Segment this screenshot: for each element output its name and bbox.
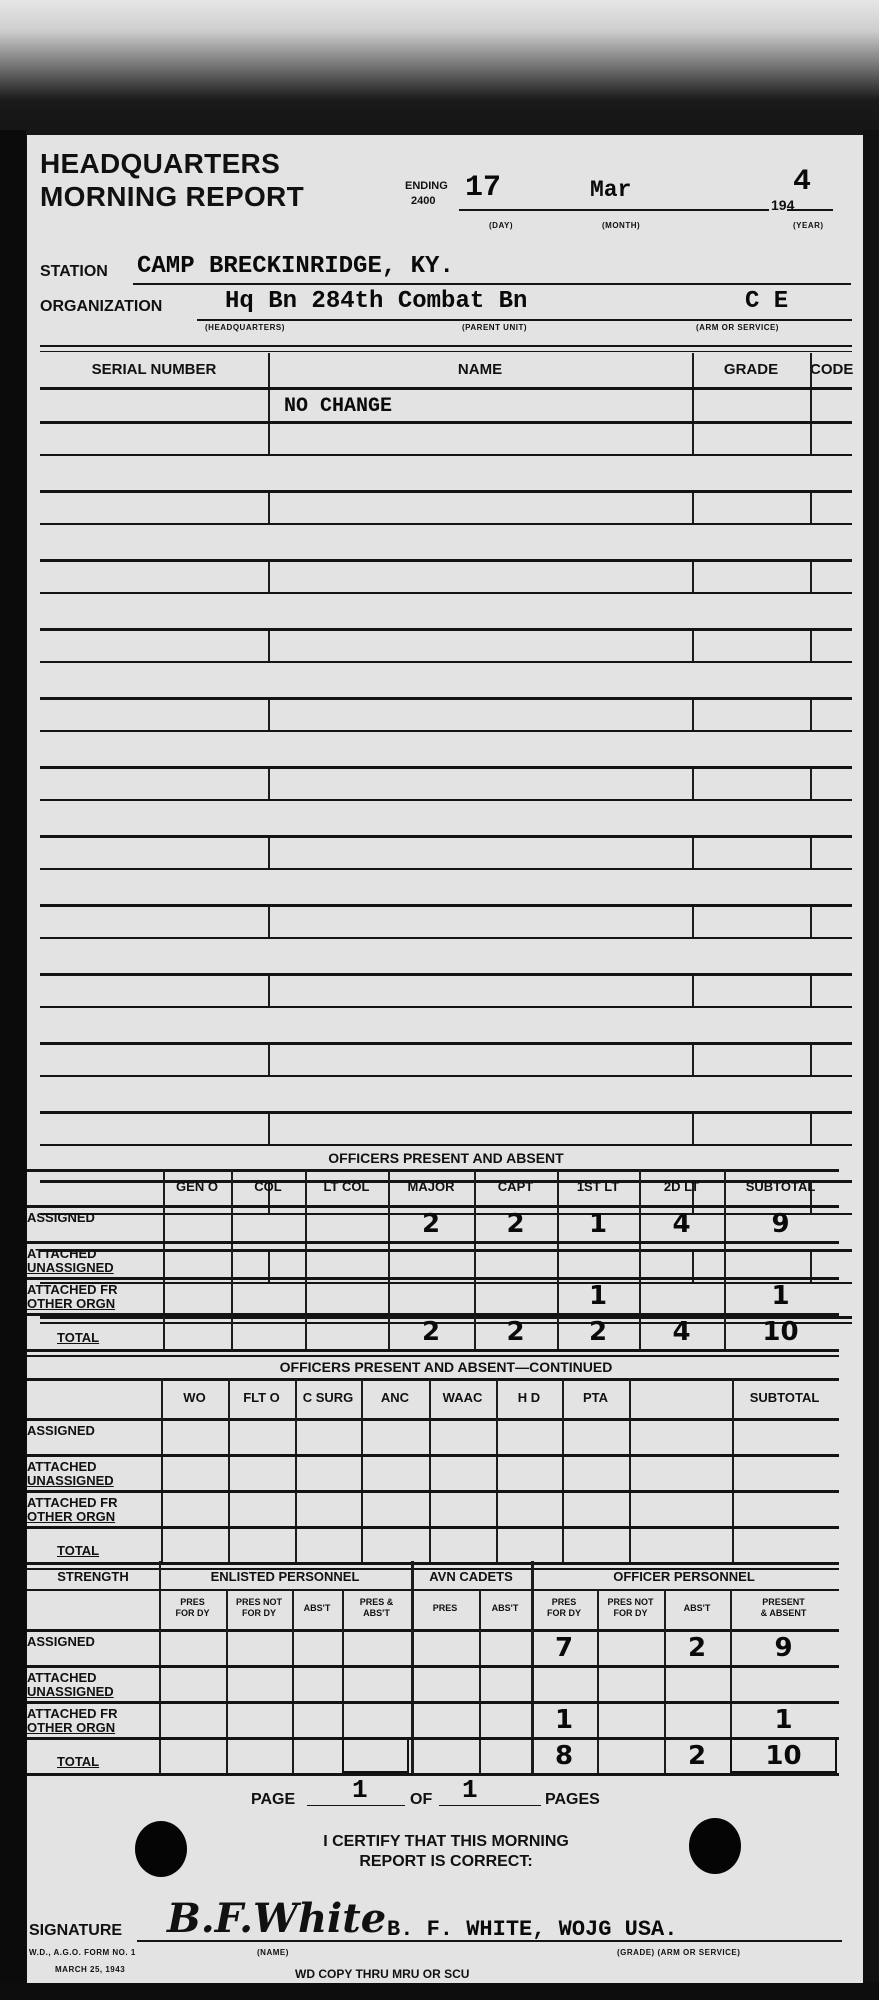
strength-subcol-header: PRESFOR DY [531,1597,597,1619]
col-divider [562,1378,564,1562]
page-underline [307,1805,405,1806]
officer-total-box [730,1737,837,1773]
cell-value[interactable]: 2 [388,1317,474,1347]
cell-value[interactable]: 4 [639,1209,724,1239]
row-label: ASSIGNED [27,1211,95,1225]
film-top-margin [0,0,879,140]
signature-underline [137,1940,842,1942]
table-top-rule [27,1378,839,1381]
col-header: C SURG [295,1390,361,1405]
row-rule [27,1526,839,1529]
strength-group-header: OFFICER PERSONNEL [531,1569,837,1584]
subcol-line1: ABS'T [664,1603,730,1614]
row-rule [27,1454,839,1457]
header-rule [40,387,852,390]
cell-value[interactable]: 1 [724,1281,837,1311]
strength-subcol-header: PRES [411,1603,479,1614]
cell-value[interactable]: 1 [730,1705,837,1735]
cell-value[interactable]: 10 [724,1317,837,1347]
col-divider [228,1378,230,1562]
cell-value[interactable]: 9 [730,1633,837,1663]
row-rule [27,1490,839,1493]
roster-table: SERIAL NUMBER NAME GRADE CODE NO CHANGE [40,353,852,1283]
col-header: WAAC [429,1390,496,1405]
strength-subcol-header: PRES NOTFOR DY [226,1597,292,1619]
table-bottom-rule [27,1349,839,1352]
col-header: GEN O [163,1179,231,1194]
row-label: ATTACHEDUNASSIGNED [27,1247,114,1275]
roster-row[interactable] [40,628,852,697]
form-title-line2: MORNING REPORT [40,180,304,214]
roster-row[interactable] [40,766,852,835]
film-right-border [863,130,879,2000]
col-header: FLT O [228,1390,295,1405]
ending-label: ENDING [405,180,448,192]
row-label-line1: ATTACHED FR [27,1496,118,1510]
parent-unit-caption: (PARENT UNIT) [462,323,527,332]
form-title-line1: HEADQUARTERS [40,147,280,181]
roster-row[interactable] [40,1042,852,1111]
report-month: Mar [590,177,631,203]
col-divider [692,390,694,421]
table-header-rule [27,1205,839,1208]
cell-value[interactable]: 2 [388,1209,474,1239]
grade-caption: (GRADE) (ARM OR SERVICE) [617,1948,740,1957]
cell-value[interactable]: 1 [557,1281,639,1311]
col-divider [479,1589,481,1773]
station-underline [133,283,851,285]
headquarters-caption: (HEADQUARTERS) [205,323,285,332]
row-label-line2: UNASSIGNED [27,1261,114,1275]
col-divider [810,353,812,387]
subcol-line1: PRES [411,1603,479,1614]
row-label: ASSIGNED [27,1424,95,1438]
organization-label: ORGANIZATION [40,298,162,316]
header-divider-2 [40,351,852,352]
subcol-line2: FOR DY [597,1608,664,1619]
month-caption: (MONTH) [602,221,640,230]
col-divider [268,390,270,421]
row-label-line1: ATTACHED FR [27,1707,118,1721]
organization-value: Hq Bn 284th Combat Bn [225,288,527,315]
row-label-line1: ASSIGNED [27,1635,95,1649]
officers-continued-title: OFFICERS PRESENT AND ABSENT—CONTINUED [40,1359,852,1375]
row-label: TOTAL [27,1544,99,1558]
row-rule [27,1241,839,1244]
cell-value[interactable]: 1 [531,1705,597,1735]
typed-signature-name: B. F. WHITE, WOJG USA. [387,1917,677,1942]
col-header: ANC [361,1390,429,1405]
col-serial-number: SERIAL NUMBER [40,361,268,378]
col-header: 1ST LT [557,1179,639,1194]
row-label: ATTACHEDUNASSIGNED [27,1460,114,1488]
table-top-rule [27,1169,839,1172]
col-divider [629,1378,631,1562]
row-label-line2: UNASSIGNED [27,1474,114,1488]
page-number: 1 [352,1775,368,1805]
row-rule [27,1701,839,1704]
total-pages-underline [439,1805,541,1806]
col-name: NAME [268,361,692,378]
subcol-line1: PRES & [342,1597,411,1608]
col-divider [692,353,694,387]
ending-time: 2400 [411,195,435,207]
cell-value[interactable]: 8 [531,1741,597,1771]
roster-row[interactable] [40,973,852,1042]
name-caption: (NAME) [257,1948,289,1957]
col-header: PTA [562,1390,629,1405]
subcol-line2: FOR DY [531,1608,597,1619]
year-underline [787,209,833,211]
handwritten-signature: B.F.White [167,1895,386,1942]
strength-subcol-header: ABS'T [479,1603,531,1614]
col-header: COL [231,1179,305,1194]
row-label: ATTACHED FROTHER ORGN [27,1283,118,1311]
subcol-line1: PRES NOT [226,1597,292,1608]
row-label: ASSIGNED [27,1635,95,1649]
subcol-line1: PRESENT [730,1597,837,1608]
row-label-line2: TOTAL [27,1544,99,1558]
row-label-line2: TOTAL [27,1331,99,1345]
row-label-line2: UNASSIGNED [27,1685,114,1699]
header-rule [27,1629,839,1632]
col-divider [231,1169,233,1349]
row-rule [27,1665,839,1668]
row-label: TOTAL [27,1755,99,1769]
col-header: 2D LT [639,1179,724,1194]
form-date: MARCH 25, 1943 [55,1965,125,1974]
cell-value[interactable]: 2 [557,1317,639,1347]
col-code: CODE [810,361,852,378]
morning-report-form: HEADQUARTERS MORNING REPORT ENDING 2400 … [27,135,863,1983]
subcol-line2: FOR DY [226,1608,292,1619]
col-divider [597,1589,599,1773]
table-header-rule [27,1418,839,1421]
strength-subcol-header: ABS'T [292,1603,342,1614]
subcol-line1: PRES [531,1597,597,1608]
strength-subcol-header: PRES &ABS'T [342,1597,411,1619]
roster-row[interactable] [40,559,852,628]
strength-group-header: AVN CADETS [411,1569,531,1584]
table-bottom-rule [27,1355,839,1357]
row-label: ATTACHED FROTHER ORGN [27,1496,118,1524]
strength-subcol-header: PRES NOTFOR DY [597,1597,664,1619]
col-header: H D [496,1390,562,1405]
subcol-line1: PRES NOT [597,1597,664,1608]
report-day: 17 [465,171,501,205]
cell-value[interactable]: 2 [474,1209,557,1239]
film-left-border [0,130,26,2000]
row-label-line1: ASSIGNED [27,1211,95,1225]
roster-row[interactable] [40,904,852,973]
officers-table: GEN OCOLLT COLMAJORCAPT1ST LT2D LTSUBTOT… [27,1169,863,1314]
col-divider [295,1378,297,1562]
col-divider [292,1589,294,1773]
report-year-digit: 4 [793,165,811,199]
cell-value[interactable]: 2 [664,1741,730,1771]
organization-underline [197,319,852,321]
col-header: LT COL [305,1179,388,1194]
row-label-line2: OTHER ORGN [27,1721,118,1735]
col-divider [226,1589,228,1773]
row-label-line1: ATTACHED [27,1460,114,1474]
form-number: W.D., A.G.O. FORM NO. 1 [29,1948,136,1957]
strength-table: STRENGTHENLISTED PERSONNELAVN CADETSOFFI… [27,1561,863,1781]
strength-subcol-header: ABS'T [664,1603,730,1614]
header-divider-1 [40,345,852,347]
certify-line1: I CERTIFY THAT THIS MORNING [40,1833,852,1851]
col-divider [496,1378,498,1562]
table-bottom-rule [27,1773,839,1776]
arm-or-service-caption: (ARM OR SERVICE) [696,323,779,332]
cell-value[interactable]: 4 [639,1317,724,1347]
row-label-line2: TOTAL [27,1755,99,1769]
row-rule [27,1313,839,1316]
cell-value[interactable]: 2 [474,1317,557,1347]
cell-value[interactable]: 2 [664,1633,730,1663]
col-grade: GRADE [692,361,810,378]
col-header: WO [161,1390,228,1405]
film-bottom-border [0,1982,879,2000]
row-label-line1: ATTACHED [27,1247,114,1261]
total-pages: 1 [462,1775,478,1805]
row-rule [27,1277,839,1280]
col-header: SUBTOTAL [724,1179,837,1194]
col-divider [810,390,812,421]
group-rule [27,1589,839,1591]
arm-or-service-value: C E [745,288,788,315]
strength-subcol-header: PRESFOR DY [159,1597,226,1619]
col-header: CAPT [474,1179,557,1194]
officers-continued-table: WOFLT OC SURGANCWAACH DPTASUBTOTALASSIGN… [27,1378,863,1528]
enlisted-total-box [342,1737,409,1773]
cell-value[interactable]: 7 [531,1633,597,1663]
strength-group-header: ENLISTED PERSONNEL [159,1569,411,1584]
station-label: STATION [40,263,108,281]
subcol-line1: PRES [159,1597,226,1608]
of-label: OF [410,1791,432,1809]
date-underline [459,209,769,211]
row-label-line1: ATTACHED [27,1671,114,1685]
subcol-line1: ABS'T [479,1603,531,1614]
page-label: PAGE [251,1791,295,1809]
row-label-line1: ATTACHED FR [27,1283,118,1297]
col-divider [161,1378,163,1562]
subcol-line2: FOR DY [159,1608,226,1619]
roster-row[interactable] [40,835,852,904]
col-divider [732,1378,734,1562]
roster-entry-no-change: NO CHANGE [284,395,392,418]
row-rule [27,1737,839,1740]
col-divider [268,353,270,387]
row-label: TOTAL [27,1331,99,1345]
col-divider [305,1169,307,1349]
row-label-line2: OTHER ORGN [27,1510,118,1524]
copy-routing-note: WD COPY THRU MRU OR SCU [295,1967,469,1981]
col-divider [361,1378,363,1562]
subcol-line2: ABS'T [342,1608,411,1619]
roster-row[interactable] [40,697,852,766]
row-label: ATTACHED FROTHER ORGN [27,1707,118,1735]
col-header: SUBTOTAL [732,1390,837,1405]
col-divider [429,1378,431,1562]
strength-title: STRENGTH [27,1569,159,1584]
signature-label: SIGNATURE [29,1922,122,1940]
subcol-line1: ABS'T [292,1603,342,1614]
subcol-line2: & ABSENT [730,1608,837,1619]
year-caption: (YEAR) [793,221,824,230]
pages-label: PAGES [545,1791,600,1809]
roster-row[interactable] [40,490,852,559]
certify-line2: REPORT IS CORRECT: [40,1853,852,1871]
col-header: MAJOR [388,1179,474,1194]
row-label-line1: ASSIGNED [27,1424,95,1438]
station-value: CAMP BRECKINRIDGE, KY. [137,253,454,280]
roster-row[interactable] [40,421,852,490]
row-label-line2: OTHER ORGN [27,1297,118,1311]
strength-subcol-header: PRESENT& ABSENT [730,1597,837,1619]
officers-table-title: OFFICERS PRESENT AND ABSENT [40,1150,852,1166]
row-label: ATTACHEDUNASSIGNED [27,1671,114,1699]
cell-value[interactable]: 1 [557,1209,639,1239]
cell-value[interactable]: 9 [724,1209,837,1239]
day-caption: (DAY) [489,221,513,230]
col-divider [163,1169,165,1349]
